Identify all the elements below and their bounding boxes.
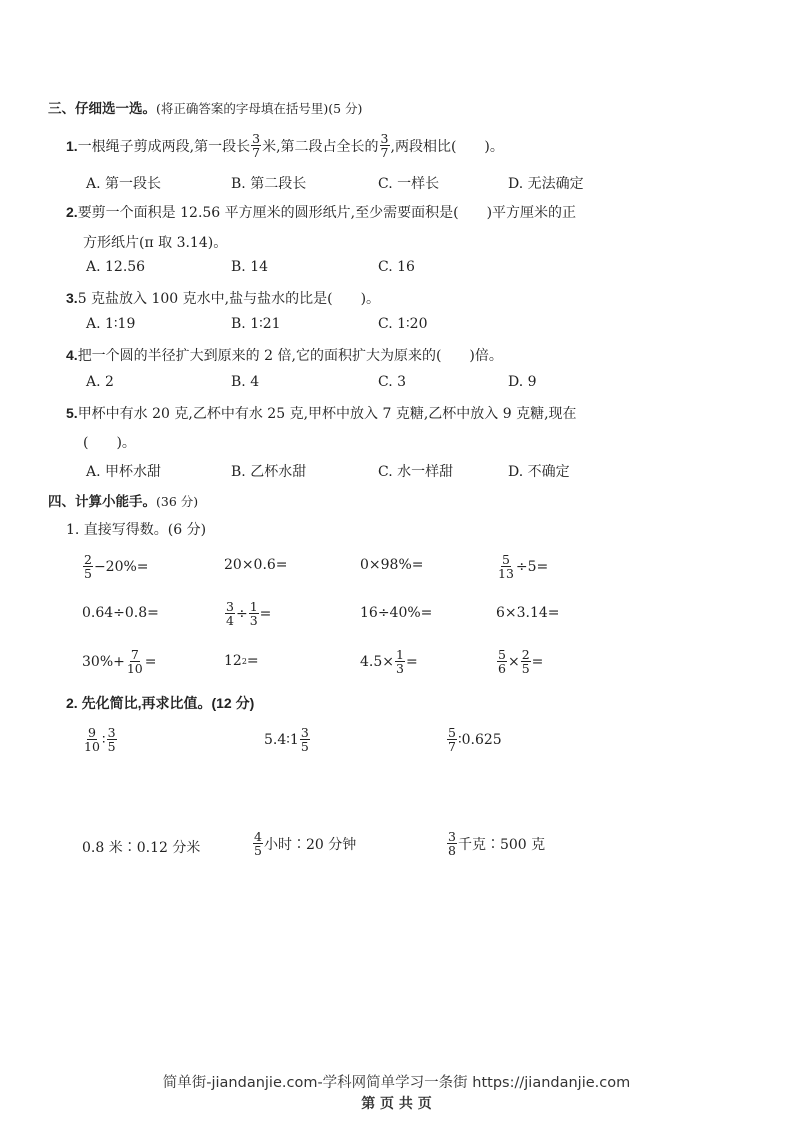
numerator: 3 xyxy=(447,830,457,844)
question-number: 2. xyxy=(66,204,78,220)
option-d: D. 9 xyxy=(508,374,537,390)
question-2: 2.要剪一个面积是 12.56 平方厘米的圆形纸片,至少需要面积是( )平方厘米… xyxy=(66,202,576,222)
option-b: B. 14 xyxy=(231,259,268,275)
expr-text: 小时∶20 分钟 xyxy=(264,834,356,854)
expr-text: = xyxy=(145,654,157,670)
denominator: 13 xyxy=(497,567,515,580)
question-number: 4. xyxy=(66,347,78,363)
numerator: 2 xyxy=(521,648,531,662)
question-4: 4.把一个圆的半径扩大到原来的 2 倍,它的面积扩大为原来的( )倍。 xyxy=(66,345,503,365)
fraction: 13 xyxy=(249,600,259,627)
numerator: 3 xyxy=(380,132,390,146)
ratio-item: 45小时∶20 分钟 xyxy=(252,830,356,857)
denominator: 10 xyxy=(126,662,144,675)
denominator: 3 xyxy=(249,614,259,627)
fraction: 38 xyxy=(447,830,457,857)
fraction: 56 xyxy=(497,648,507,675)
calc-item: 6×3.14= xyxy=(496,605,560,621)
numerator: 5 xyxy=(497,648,507,662)
calc-item: 16÷40%= xyxy=(360,605,432,621)
question-text: 5 克盐放入 100 克水中,盐与盐水的比是( )。 xyxy=(78,291,380,307)
fraction: 513 xyxy=(497,553,515,580)
expr-text: = xyxy=(532,654,544,670)
calc-item: 20×0.6= xyxy=(224,557,288,573)
fraction: 25 xyxy=(83,553,93,580)
calc-item: 0.64÷0.8= xyxy=(82,605,159,621)
calc-item: 30%+710= xyxy=(82,648,157,675)
section-3-note: (将正确答案的字母填在括号里)(5 分) xyxy=(156,101,362,116)
denominator: 5 xyxy=(521,662,531,675)
denominator: 5 xyxy=(83,567,93,580)
denominator: 8 xyxy=(447,844,457,857)
numerator: 3 xyxy=(300,726,310,740)
expr-text: ∶0.625 xyxy=(458,732,502,748)
option-c: C. 一样长 xyxy=(378,173,439,193)
section-4-note: (36 分) xyxy=(156,494,198,509)
question-text: ,两段相比( )。 xyxy=(391,136,504,156)
expr-text: = xyxy=(247,653,259,669)
section-3-heading: 三、仔细选一选。(将正确答案的字母填在括号里)(5 分) xyxy=(48,97,362,117)
denominator: 7 xyxy=(251,146,261,159)
denominator: 5 xyxy=(107,740,117,753)
fraction: 910 xyxy=(83,726,101,753)
option-b: B. 第二段长 xyxy=(231,173,306,193)
expr-text: = xyxy=(406,654,418,670)
question-5-line2: ( )。 xyxy=(83,432,136,452)
question-text: 甲杯中有水 20 克,乙杯中有水 25 克,甲杯中放入 7 克糖,乙杯中放入 9… xyxy=(78,406,577,422)
expr-text: 千克∶500 克 xyxy=(458,834,545,854)
denominator: 4 xyxy=(225,614,235,627)
calc-item: 513÷5= xyxy=(496,553,548,580)
fraction: 13 xyxy=(395,648,405,675)
question-text: 一根绳子剪成两段,第一段长 xyxy=(78,136,250,156)
option-a: A. 甲杯水甜 xyxy=(86,461,161,481)
calc-item: 34÷13= xyxy=(224,600,271,627)
expr-text: 0.64÷0.8= xyxy=(82,605,159,621)
option-a: A. 第一段长 xyxy=(86,173,161,193)
denominator: 7 xyxy=(380,146,390,159)
ratio-item: 0.8 米∶0.12 分米 xyxy=(82,837,200,857)
option-a: A. 2 xyxy=(86,374,114,390)
expr-text: 6×3.14= xyxy=(496,605,560,621)
expr-text: 4.5× xyxy=(360,654,394,670)
expr-text: 0.8 米∶0.12 分米 xyxy=(82,837,200,857)
fraction: 35 xyxy=(300,726,310,753)
question-number: 1. xyxy=(66,138,78,154)
expr-text: 16÷40%= xyxy=(360,605,432,621)
expr-text: −20%= xyxy=(94,559,149,575)
numerator: 4 xyxy=(253,830,263,844)
question-text: 米,第二段占全长的 xyxy=(262,136,378,156)
question-2-line2: 方形纸片(π 取 3.14)。 xyxy=(83,232,227,252)
numerator: 5 xyxy=(501,553,511,567)
numerator: 1 xyxy=(249,600,259,614)
expr-text: 20×0.6= xyxy=(224,557,288,573)
calc-item: 122= xyxy=(224,653,259,669)
denominator: 6 xyxy=(497,662,507,675)
ratio-item: 38千克∶500 克 xyxy=(446,830,545,857)
denominator: 5 xyxy=(300,740,310,753)
denominator: 7 xyxy=(447,740,457,753)
section-4-heading: 四、计算小能手。(36 分) xyxy=(48,490,198,510)
numerator: 3 xyxy=(107,726,117,740)
ratio-item: 910∶35 xyxy=(82,726,118,753)
fraction: 37 xyxy=(251,132,261,159)
part-1-title: 1. 直接写得数。(6 分) xyxy=(66,519,206,539)
calc-item: 56×25= xyxy=(496,648,543,675)
question-text: 要剪一个面积是 12.56 平方厘米的圆形纸片,至少需要面积是( )平方厘米的正 xyxy=(78,205,576,221)
option-c: C. 水一样甜 xyxy=(378,461,453,481)
option-b: B. 1∶21 xyxy=(231,316,281,332)
denominator: 3 xyxy=(395,662,405,675)
fraction: 25 xyxy=(521,648,531,675)
operator: ∶ xyxy=(102,732,106,748)
numerator: 1 xyxy=(395,648,405,662)
footer-watermark: 简单街-jiandanjie.com-学科网简单学习一条街 https://ji… xyxy=(0,1071,793,1092)
ratio-item: 57∶0.625 xyxy=(446,726,502,753)
operator: × xyxy=(508,654,520,670)
expr-text: 12 xyxy=(224,653,242,669)
option-a: A. 1∶19 xyxy=(86,316,135,332)
fraction: 35 xyxy=(107,726,117,753)
expr-text: 0×98%= xyxy=(360,557,424,573)
question-5: 5.甲杯中有水 20 克,乙杯中有水 25 克,甲杯中放入 7 克糖,乙杯中放入… xyxy=(66,403,577,423)
numerator: 5 xyxy=(447,726,457,740)
option-d: D. 无法确定 xyxy=(508,173,584,193)
question-1: 1. 一根绳子剪成两段,第一段长 37 米,第二段占全长的 37 ,两段相比( … xyxy=(66,132,504,159)
numerator: 3 xyxy=(251,132,261,146)
numerator: 2 xyxy=(83,553,93,567)
numerator: 3 xyxy=(225,600,235,614)
section-4-title: 四、计算小能手。 xyxy=(48,494,156,510)
question-number: 5. xyxy=(66,405,78,421)
denominator: 5 xyxy=(253,844,263,857)
option-d: D. 不确定 xyxy=(508,461,570,481)
question-3: 3.5 克盐放入 100 克水中,盐与盐水的比是( )。 xyxy=(66,288,380,308)
option-b: B. 乙杯水甜 xyxy=(231,461,306,481)
operator: ÷ xyxy=(236,606,248,622)
part-2-title-text: 2. 先化简比,再求比值。(12 分) xyxy=(66,695,254,711)
fraction: 710 xyxy=(126,648,144,675)
calc-item: 25−20%= xyxy=(82,553,149,580)
part-2-title: 2. 先化简比,再求比值。(12 分) xyxy=(66,693,254,713)
page-number: 第 页 共 页 xyxy=(0,1093,793,1113)
option-c: C. 3 xyxy=(378,374,406,390)
expr-text: = xyxy=(260,606,272,622)
option-c: C. 16 xyxy=(378,259,415,275)
expr-text: ÷5= xyxy=(516,559,548,575)
expr-text: 5.4∶1 xyxy=(264,732,299,748)
calc-item: 4.5×13= xyxy=(360,648,418,675)
numerator: 7 xyxy=(130,648,140,662)
question-number: 3. xyxy=(66,290,78,306)
option-c: C. 1∶20 xyxy=(378,316,427,332)
expr-text: 30%+ xyxy=(82,654,125,670)
fraction: 37 xyxy=(380,132,390,159)
ratio-item: 5.4∶135 xyxy=(264,726,311,753)
numerator: 9 xyxy=(87,726,97,740)
fraction: 45 xyxy=(253,830,263,857)
denominator: 10 xyxy=(83,740,101,753)
fraction: 34 xyxy=(225,600,235,627)
option-a: A. 12.56 xyxy=(86,259,145,275)
question-text: 把一个圆的半径扩大到原来的 2 倍,它的面积扩大为原来的( )倍。 xyxy=(78,348,503,364)
calc-item: 0×98%= xyxy=(360,557,424,573)
section-3-title: 三、仔细选一选。 xyxy=(48,101,156,117)
option-b: B. 4 xyxy=(231,374,259,390)
fraction: 57 xyxy=(447,726,457,753)
